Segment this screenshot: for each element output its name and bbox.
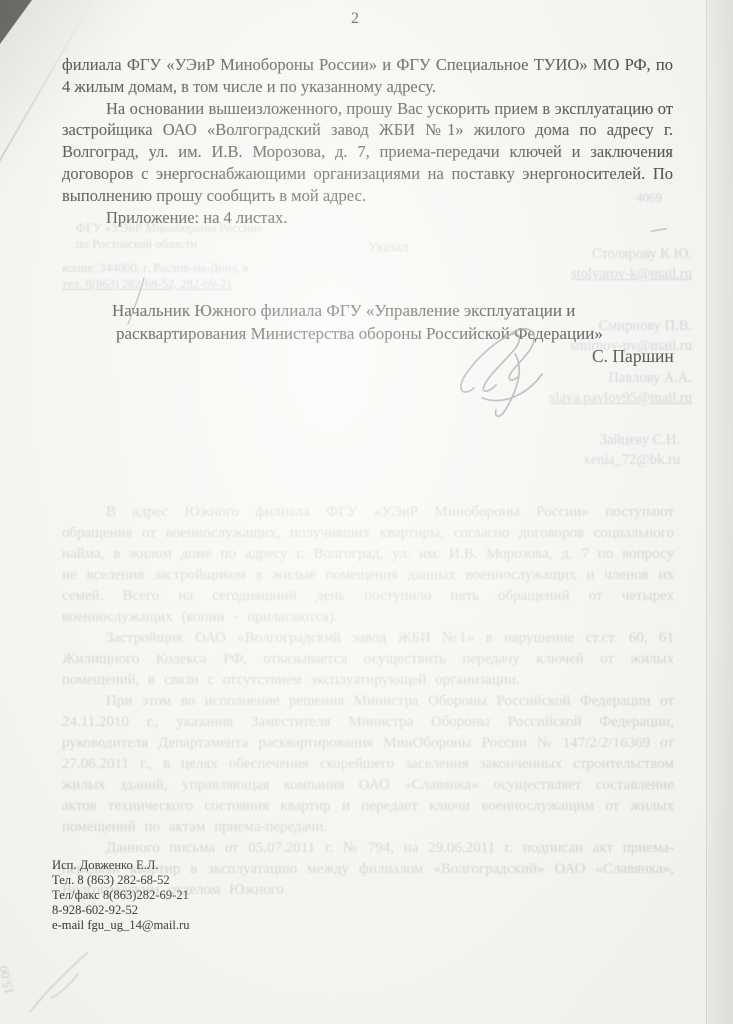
- bleedthrough-paragraph: В адрес Южного филиала ФГУ «УЭиР Минобор…: [62, 502, 674, 628]
- scan-edge-band: [706, 0, 733, 1024]
- letter-body: филиала ФГУ «УЭиР Минобороны России» и Ф…: [62, 54, 673, 228]
- signature-title-line: Начальник Южного филиала ФГУ «Управление…: [112, 300, 664, 323]
- bleedthrough-left-line: копия: 344000, г. Ростов-на-Дону, в: [62, 260, 249, 276]
- bleedthrough-text-block: В адрес Южного филиала ФГУ «УЭиР Минобор…: [62, 502, 674, 901]
- bleedthrough-center-word: Указал: [368, 240, 408, 256]
- executor-email: e-mail fgu_ug_14@mail.ru: [52, 918, 190, 933]
- recipient-email: stolyarov-k@mail.ru: [492, 264, 692, 284]
- bleedthrough-left-line: по Ростовской области: [76, 236, 197, 252]
- scanned-letter-page: 4069 ФГУ «УЭиР Минобороны России» по Рос…: [0, 0, 733, 1024]
- executor-phone: Тел. 8 (863) 282-68-52: [52, 873, 190, 888]
- bottom-handwritten-number: 15.00: [0, 964, 17, 996]
- executor-mobile: 8-928-602-92-52: [52, 903, 190, 918]
- executor-contact-block: Исп. Довженко Е.Л. Тел. 8 (863) 282-68-5…: [52, 858, 190, 933]
- bleedthrough-recipient: Столярову К.Ю. stolyarov-k@mail.ru: [492, 244, 692, 284]
- paragraph-request: На основании вышеизложенного, прошу Вас …: [62, 98, 673, 207]
- bottom-pen-stroke: [22, 946, 102, 1018]
- signer-name: С. Паршин: [592, 346, 674, 367]
- bleedthrough-paragraph: При этом во исполнение решения Министра …: [62, 691, 674, 838]
- attachment-note: Приложение: на 4 листах.: [62, 207, 673, 229]
- recipient-email: xenia_72@bk.ru: [480, 450, 680, 470]
- bleedthrough-paragraph: Застройщик ОАО «Волгоградский завод ЖБИ …: [62, 628, 674, 691]
- executor-name: Исп. Довженко Е.Л.: [52, 858, 190, 873]
- pen-slash-mark: [120, 276, 166, 326]
- page-number: 2: [0, 10, 710, 28]
- recipient-name: Столярову К.Ю.: [492, 244, 692, 264]
- paragraph-continuation: филиала ФГУ «УЭиР Минобороны России» и Ф…: [62, 54, 673, 98]
- handwritten-signature: [452, 326, 592, 422]
- bleedthrough-recipient: Зайцеву С.Н. xenia_72@bk.ru: [480, 430, 680, 470]
- recipient-name: Зайцеву С.Н.: [480, 430, 680, 450]
- executor-fax: Тел/факс 8(863)282-69-21: [52, 888, 190, 903]
